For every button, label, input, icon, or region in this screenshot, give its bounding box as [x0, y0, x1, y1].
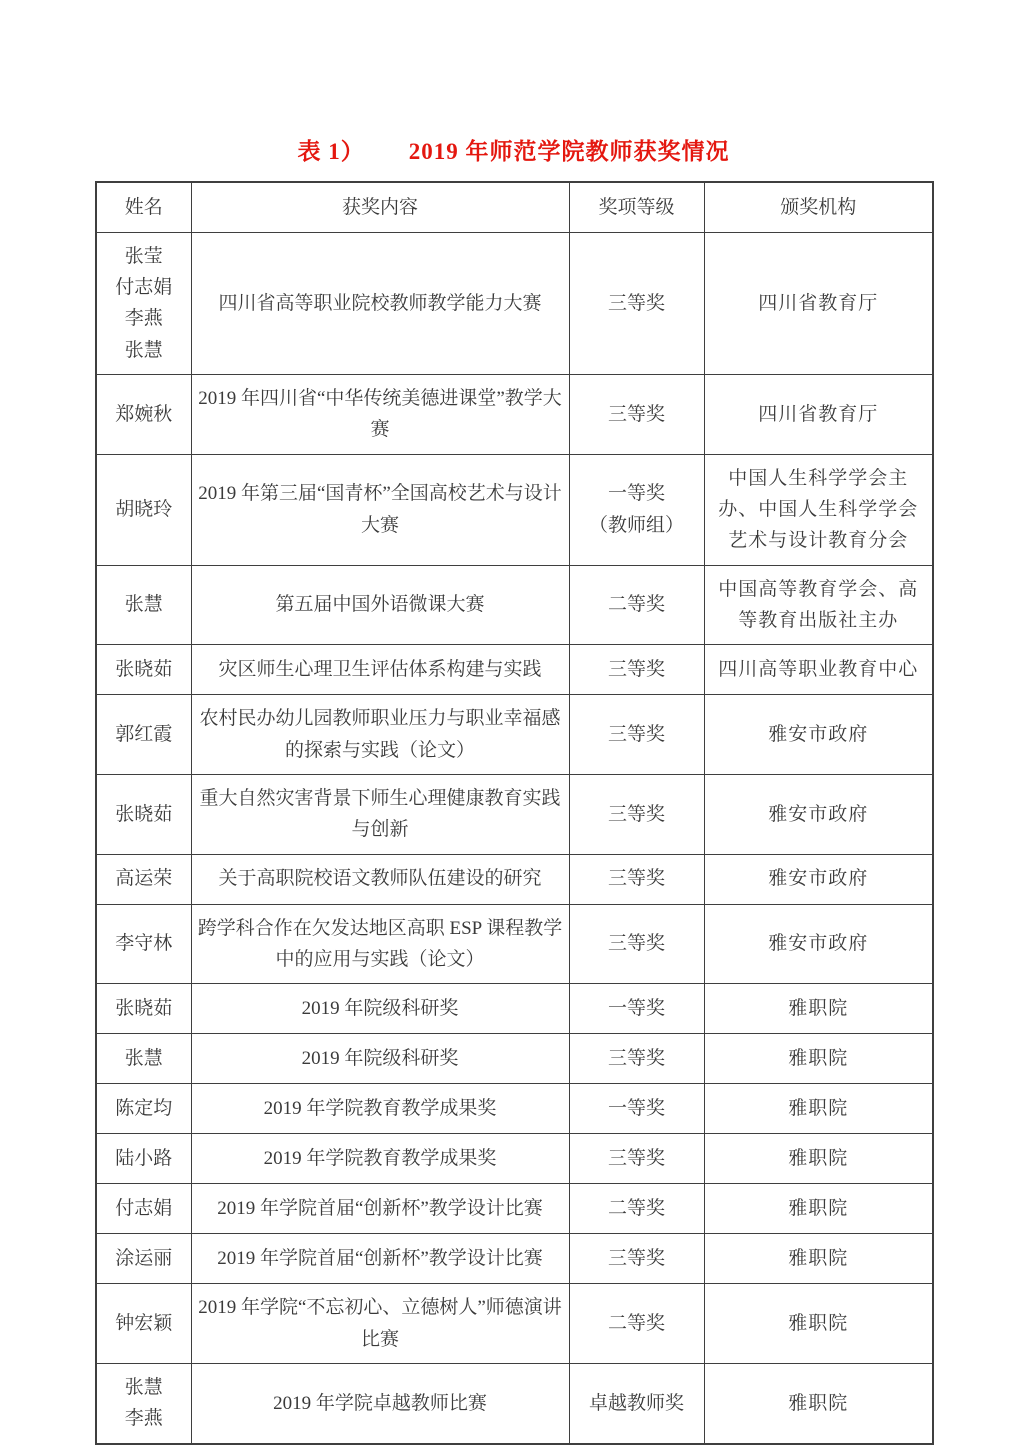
content-cell: 重大自然灾害背景下师生心理健康教育实践与创新	[191, 774, 569, 854]
level-cell: 卓越教师奖	[569, 1364, 704, 1444]
level-cell: 三等奖	[569, 774, 704, 854]
content-cell: 2019 年学院首届“创新杯”教学设计比赛	[191, 1234, 569, 1284]
content-cell: 2019 年四川省“中华传统美德进课堂”教学大赛	[191, 374, 569, 454]
page-title-prefix: 表 1）	[298, 139, 365, 164]
org-cell: 中国高等教育学会、高等教育出版社主办	[704, 565, 933, 645]
name-cell: 张慧 李燕	[96, 1364, 191, 1444]
org-cell: 雅职院	[704, 1284, 933, 1364]
table-row: 李守林跨学科合作在欠发达地区高职 ESP 课程教学中的应用与实践（论文）三等奖雅…	[96, 904, 933, 984]
table-row: 张晓茹重大自然灾害背景下师生心理健康教育实践与创新三等奖雅安市政府	[96, 774, 933, 854]
table-row: 郑婉秋2019 年四川省“中华传统美德进课堂”教学大赛三等奖四川省教育厅	[96, 374, 933, 454]
awards-table: 姓名 获奖内容 奖项等级 颁奖机构 张莹 付志娟 李燕 张慧四川省高等职业院校教…	[95, 181, 934, 1445]
org-cell: 雅安市政府	[704, 854, 933, 904]
level-cell: 三等奖	[569, 695, 704, 775]
name-cell: 付志娟	[96, 1184, 191, 1234]
awards-table-body: 张莹 付志娟 李燕 张慧四川省高等职业院校教师教学能力大赛三等奖四川省教育厅郑婉…	[96, 232, 933, 1444]
level-cell: 二等奖	[569, 1284, 704, 1364]
content-cell: 2019 年院级科研奖	[191, 1034, 569, 1084]
level-cell: 三等奖	[569, 1234, 704, 1284]
table-row: 钟宏颖2019 年学院“不忘初心、立德树人”师德演讲比赛二等奖雅职院	[96, 1284, 933, 1364]
name-cell: 张晓茹	[96, 984, 191, 1034]
level-cell: 二等奖	[569, 565, 704, 645]
org-cell: 雅安市政府	[704, 695, 933, 775]
name-cell: 胡晓玲	[96, 454, 191, 565]
org-cell: 四川高等职业教育中心	[704, 645, 933, 695]
org-cell: 雅安市政府	[704, 904, 933, 984]
org-cell: 雅职院	[704, 1184, 933, 1234]
name-cell: 高运荣	[96, 854, 191, 904]
page-title-text: 2019 年师范学院教师获奖情况	[409, 139, 730, 164]
name-cell: 钟宏颖	[96, 1284, 191, 1364]
header-row: 姓名 获奖内容 奖项等级 颁奖机构	[96, 182, 933, 232]
table-row: 张慧 李燕2019 年学院卓越教师比赛卓越教师奖雅职院	[96, 1364, 933, 1444]
table-row: 张慧第五届中国外语微课大赛二等奖中国高等教育学会、高等教育出版社主办	[96, 565, 933, 645]
level-cell: 二等奖	[569, 1184, 704, 1234]
name-cell: 张晓茹	[96, 774, 191, 854]
header-org: 颁奖机构	[704, 182, 933, 232]
name-cell: 涂运丽	[96, 1234, 191, 1284]
header-level: 奖项等级	[569, 182, 704, 232]
content-cell: 农村民办幼儿园教师职业压力与职业幸福感的探索与实践（论文）	[191, 695, 569, 775]
table-row: 胡晓玲2019 年第三届“国青杯”全国高校艺术与设计大赛一等奖 （教师组）中国人…	[96, 454, 933, 565]
org-cell: 雅职院	[704, 1234, 933, 1284]
content-cell: 灾区师生心理卫生评估体系构建与实践	[191, 645, 569, 695]
content-cell: 2019 年学院首届“创新杯”教学设计比赛	[191, 1184, 569, 1234]
table-row: 郭红霞农村民办幼儿园教师职业压力与职业幸福感的探索与实践（论文）三等奖雅安市政府	[96, 695, 933, 775]
name-cell: 张慧	[96, 1034, 191, 1084]
table-row: 陈定均2019 年学院教育教学成果奖一等奖雅职院	[96, 1084, 933, 1134]
table-row: 张慧2019 年院级科研奖三等奖雅职院	[96, 1034, 933, 1084]
org-cell: 雅职院	[704, 1364, 933, 1444]
header-name: 姓名	[96, 182, 191, 232]
org-cell: 四川省教育厅	[704, 374, 933, 454]
content-cell: 2019 年学院卓越教师比赛	[191, 1364, 569, 1444]
table-row: 张晓茹灾区师生心理卫生评估体系构建与实践三等奖四川高等职业教育中心	[96, 645, 933, 695]
name-cell: 张莹 付志娟 李燕 张慧	[96, 232, 191, 374]
level-cell: 一等奖	[569, 984, 704, 1034]
document-page: 表 1）2019 年师范学院教师获奖情况 姓名 获奖内容 奖项等级 颁奖机构 张…	[0, 0, 1024, 1448]
org-cell: 中国人生科学学会主办、中国人生科学学会艺术与设计教育分会	[704, 454, 933, 565]
name-cell: 张慧	[96, 565, 191, 645]
content-cell: 2019 年第三届“国青杯”全国高校艺术与设计大赛	[191, 454, 569, 565]
level-cell: 三等奖	[569, 232, 704, 374]
org-cell: 雅安市政府	[704, 774, 933, 854]
org-cell: 雅职院	[704, 1034, 933, 1084]
content-cell: 关于高职院校语文教师队伍建设的研究	[191, 854, 569, 904]
content-cell: 第五届中国外语微课大赛	[191, 565, 569, 645]
content-cell: 跨学科合作在欠发达地区高职 ESP 课程教学中的应用与实践（论文）	[191, 904, 569, 984]
table-row: 张莹 付志娟 李燕 张慧四川省高等职业院校教师教学能力大赛三等奖四川省教育厅	[96, 232, 933, 374]
org-cell: 雅职院	[704, 984, 933, 1034]
level-cell: 一等奖 （教师组）	[569, 454, 704, 565]
name-cell: 李守林	[96, 904, 191, 984]
awards-table-header: 姓名 获奖内容 奖项等级 颁奖机构	[96, 182, 933, 232]
level-cell: 三等奖	[569, 374, 704, 454]
org-cell: 雅职院	[704, 1134, 933, 1184]
name-cell: 陆小路	[96, 1134, 191, 1184]
header-content: 获奖内容	[191, 182, 569, 232]
content-cell: 2019 年院级科研奖	[191, 984, 569, 1034]
name-cell: 郑婉秋	[96, 374, 191, 454]
level-cell: 三等奖	[569, 854, 704, 904]
level-cell: 一等奖	[569, 1084, 704, 1134]
level-cell: 三等奖	[569, 1134, 704, 1184]
content-cell: 四川省高等职业院校教师教学能力大赛	[191, 232, 569, 374]
name-cell: 郭红霞	[96, 695, 191, 775]
org-cell: 雅职院	[704, 1084, 933, 1134]
table-row: 陆小路2019 年学院教育教学成果奖三等奖雅职院	[96, 1134, 933, 1184]
level-cell: 三等奖	[569, 1034, 704, 1084]
content-cell: 2019 年学院教育教学成果奖	[191, 1084, 569, 1134]
table-row: 张晓茹2019 年院级科研奖一等奖雅职院	[96, 984, 933, 1034]
table-row: 涂运丽2019 年学院首届“创新杯”教学设计比赛三等奖雅职院	[96, 1234, 933, 1284]
table-row: 付志娟2019 年学院首届“创新杯”教学设计比赛二等奖雅职院	[96, 1184, 933, 1234]
table-row: 高运荣关于高职院校语文教师队伍建设的研究三等奖雅安市政府	[96, 854, 933, 904]
name-cell: 张晓茹	[96, 645, 191, 695]
level-cell: 三等奖	[569, 904, 704, 984]
name-cell: 陈定均	[96, 1084, 191, 1134]
content-cell: 2019 年学院“不忘初心、立德树人”师德演讲比赛	[191, 1284, 569, 1364]
org-cell: 四川省教育厅	[704, 232, 933, 374]
level-cell: 三等奖	[569, 645, 704, 695]
page-title: 表 1）2019 年师范学院教师获奖情况	[95, 133, 932, 166]
content-cell: 2019 年学院教育教学成果奖	[191, 1134, 569, 1184]
